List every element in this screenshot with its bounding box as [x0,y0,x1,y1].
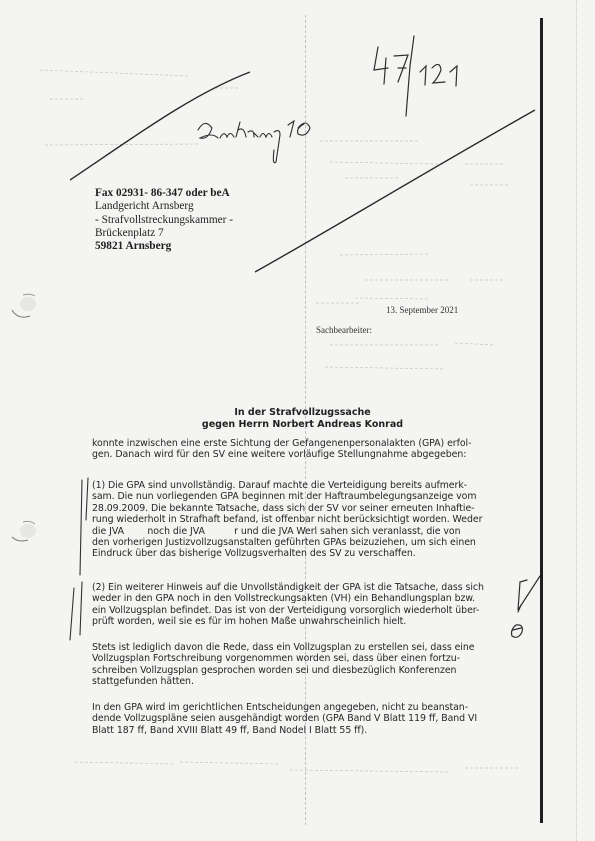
subject-line-1: In der Strafvollzugssache [10,407,595,419]
text-line: Stets ist lediglich davon die Rede, dass… [92,642,532,653]
recipient-address: Fax 02931- 86-347 oder beA Landgericht A… [95,187,233,253]
text-line: konnte inzwischen eine erste Sichtung de… [92,438,532,449]
text-line: rung wiederholt in Strafhaft befand, ist… [92,514,532,525]
text-line: schreiben Vollzugsplan gesprochen worden… [92,665,532,676]
letter-date: 13. September 2021 [386,305,458,315]
text-line: stattgefunden hätten. [92,676,532,687]
paragraph-3: Stets ist lediglich davon die Rede, dass… [92,642,532,688]
street-address: Brückenplatz 7 [95,227,233,240]
text-line: weder in den GPA noch in den Vollstrecku… [92,593,532,604]
paragraph-1: (1) Die GPA sind unvollständig. Darauf m… [92,480,532,560]
text-line: gen. Danach wird für den SV eine weitere… [92,449,532,460]
text-line: ein Vollzugsplan befindet. Das ist von d… [92,605,532,616]
text-line: prüft worden, weil sie es für im hohen M… [92,616,532,627]
text-line: Eindruck über das bisherige Vollzugsverh… [92,548,532,559]
scanned-document-page: Fax 02931- 86-347 oder beA Landgericht A… [0,0,595,841]
text-line: sam. Die nun vorliegenden GPA beginnen m… [92,491,532,502]
text-line: dende Vollzugspläne seien ausgehändigt w… [92,713,532,724]
chamber-name: - Strafvollstreckungskammer - [95,214,233,227]
paragraph-2: (2) Ein weiterer Hinweis auf die Unvolls… [92,582,532,628]
intro-paragraph: konnte inzwischen eine erste Sichtung de… [92,438,532,461]
court-name: Landgericht Arnsberg [95,200,233,213]
text-line: 28.09.2009. Die bekannte Tatsache, dass … [92,503,532,514]
text-line: den vorherigen Justizvollzugsanstalten g… [92,537,532,548]
subject-heading: In der Strafvollzugssache gegen Herrn No… [0,407,595,431]
text-line: die JVA noch die JVA r und die JVA Werl … [92,526,532,537]
text-line: (2) Ein weiterer Hinweis auf die Unvolls… [92,582,532,593]
subject-line-2: gegen Herrn Norbert Andreas Konrad [10,419,595,431]
text-line: (1) Die GPA sind unvollständig. Darauf m… [92,480,532,491]
city-line: 59821 Arnsberg [95,240,233,253]
text-line: Blatt 187 ff, Band XVIII Blatt 49 ff, Ba… [92,725,532,736]
paragraph-4: In den GPA wird im gerichtlichen Entsche… [92,702,532,736]
text-line: Vollzugsplan Fortschreibung vorgenommen … [92,653,532,664]
fax-line: Fax 02931- 86-347 oder beA [95,187,233,200]
clerk-label: Sachbearbeiter: [316,325,372,335]
text-line: In den GPA wird im gerichtlichen Entsche… [92,702,532,713]
